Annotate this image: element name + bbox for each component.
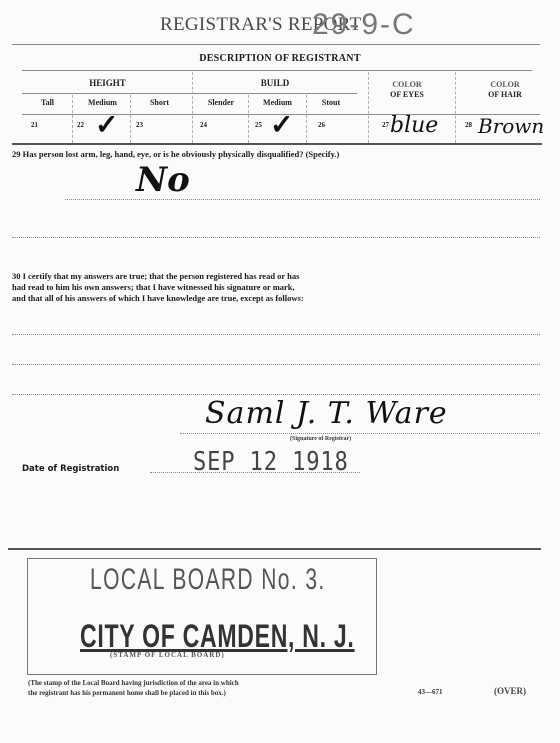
stamp-caption: (STAMP OF LOCAL BOARD) bbox=[110, 651, 225, 659]
question-29-text: 29 Has person lost arm, leg, hand, eye, … bbox=[12, 149, 542, 160]
form-number: 43—671 bbox=[418, 688, 443, 696]
signature-caption: (Signature of Registrar) bbox=[290, 436, 351, 442]
serial-number: 29-9-C bbox=[312, 8, 416, 42]
field-22-num: 22 bbox=[77, 121, 84, 129]
stamp-line-1: LOCAL BOARD No. 3. bbox=[90, 563, 326, 597]
field-26-num: 26 bbox=[318, 121, 325, 129]
height-medium-checkmark: ✓ bbox=[95, 108, 118, 142]
registrar-signature: Saml J. T. Ware bbox=[205, 396, 448, 431]
height-short-label: Short bbox=[132, 98, 187, 107]
question-30-certification: 30 I certify that my answers are true; t… bbox=[12, 271, 547, 304]
field-21-num: 21 bbox=[31, 121, 38, 129]
height-medium-label: Medium bbox=[75, 98, 130, 107]
field-24-num: 24 bbox=[200, 121, 207, 129]
stamp-line-2: CITY OF CAMDEN, N. J. bbox=[80, 618, 355, 655]
build-medium-label: Medium bbox=[250, 98, 305, 107]
field-27-num: 27 bbox=[382, 121, 389, 129]
build-slender-label: Slender bbox=[195, 98, 247, 107]
stamp-instructions: (The stamp of the Local Board having jur… bbox=[28, 678, 239, 698]
build-header: BUILD bbox=[195, 78, 355, 88]
section-subtitle: DESCRIPTION OF REGISTRANT bbox=[0, 53, 560, 64]
table-top-rule bbox=[22, 70, 532, 71]
height-header: HEIGHT bbox=[25, 78, 190, 88]
field-23-num: 23 bbox=[136, 121, 143, 129]
hair-color-value: Brown bbox=[478, 114, 544, 138]
field-28-num: 28 bbox=[465, 121, 472, 129]
registration-date-label: Date of Registration bbox=[22, 464, 119, 474]
eyes-header: COLOR OF EYES bbox=[362, 80, 452, 100]
eye-color-value: blue bbox=[390, 113, 438, 138]
question-29-answer: No bbox=[136, 160, 190, 200]
over-indicator: (OVER) bbox=[494, 686, 526, 696]
hair-header: COLOR OF HAIR bbox=[460, 80, 550, 100]
build-medium-checkmark: ✓ bbox=[270, 108, 293, 142]
height-tall-label: Tall bbox=[25, 98, 70, 107]
header-rule bbox=[12, 44, 540, 45]
field-25-num: 25 bbox=[255, 121, 262, 129]
build-stout-label: Stout bbox=[305, 98, 357, 107]
